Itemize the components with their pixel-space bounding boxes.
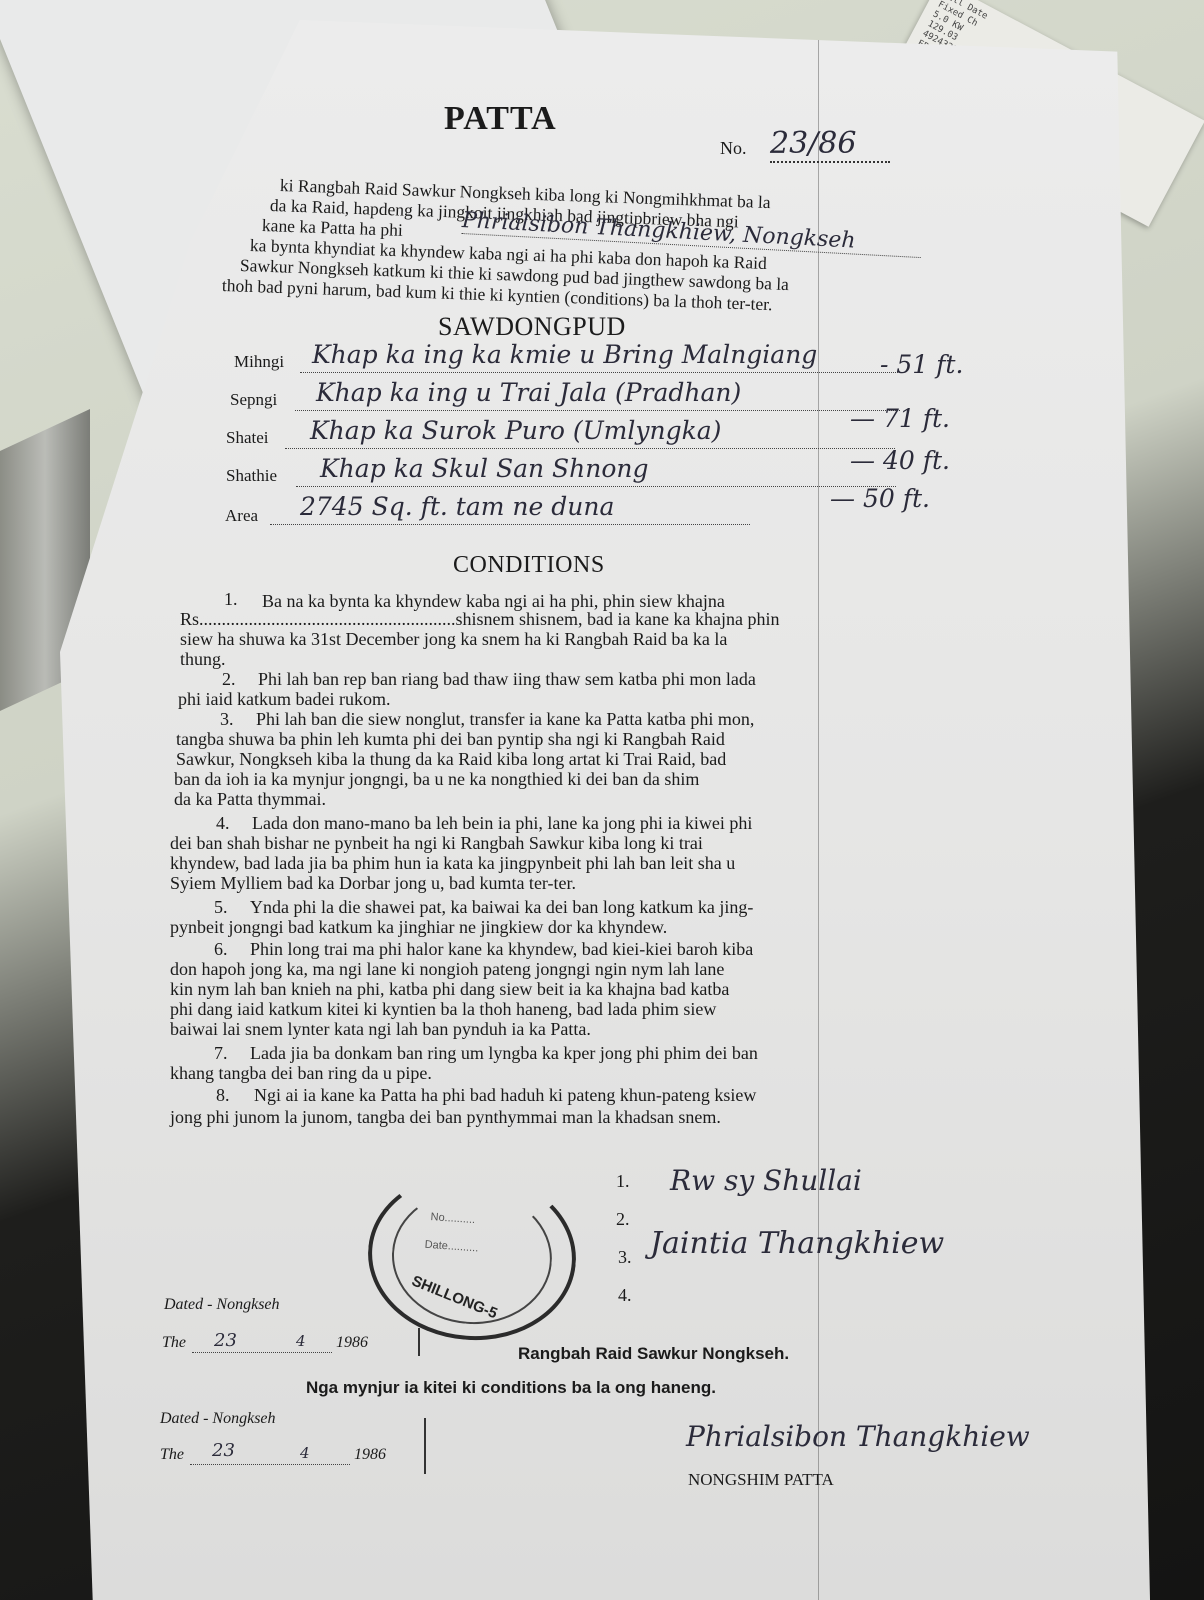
patta-number-label: No. <box>720 138 747 159</box>
condition-line: jong phi junom la junom, tangba dei ban … <box>170 1108 721 1126</box>
boundary-label: Shatei <box>226 428 269 448</box>
date-year: 1986 <box>336 1334 368 1352</box>
witness-signature-1: Rw sy Shullai <box>670 1164 862 1197</box>
condition-line: Rs......................................… <box>180 610 779 628</box>
date-year: 1986 <box>354 1446 386 1464</box>
acceptance-statement: Nga mynjur ia kitei ki conditions ba la … <box>306 1378 716 1398</box>
dotted-rule <box>296 486 896 487</box>
condition-line: khyndew, bad lada jia ba phim hun ia kat… <box>170 854 735 872</box>
condition-line: Ngi ai ia kane ka Patta ha phi bad haduh… <box>254 1086 756 1104</box>
boundaries-heading: SAWDONGPUD <box>438 312 626 342</box>
boundary-value: Khap ka ing ka kmie u Bring Malngiang <box>312 340 817 369</box>
issuer-signatory: Rangbah Raid Sawkur Nongkseh. <box>518 1344 789 1364</box>
area-value: 2745 Sq. ft. tam ne duna <box>300 492 614 521</box>
condition-number: 1. <box>224 590 238 608</box>
condition-number: 2. <box>222 670 236 688</box>
divider-bar <box>418 1328 420 1356</box>
condition-number: 8. <box>216 1086 230 1104</box>
date-the-label: The <box>162 1334 186 1352</box>
condition-line: Ba na ka bynta ka khyndew kaba ngi ai ha… <box>262 592 725 610</box>
condition-number: 6. <box>214 940 228 958</box>
condition-line: Phin long trai ma phi halor kane ka khyn… <box>250 940 753 958</box>
condition-number: 7. <box>214 1044 228 1062</box>
document-title: PATTA <box>444 100 557 138</box>
witness-number: 3. <box>618 1248 632 1266</box>
holder-caption: NONGSHIM PATTA <box>688 1470 834 1490</box>
boundary-label: Mihngi <box>234 352 284 372</box>
condition-line: siew ha shuwa ka 31st December jong ka s… <box>180 630 727 648</box>
condition-line: Sawkur, Nongkseh kiba la thung da ka Rai… <box>176 750 726 768</box>
dotted-rule <box>190 1464 350 1465</box>
dotted-rule <box>300 372 900 373</box>
witness-number: 1. <box>616 1172 630 1190</box>
date-day: 23 <box>214 1330 237 1351</box>
condition-line: tangba shuwa ba phin leh kumta phi dei b… <box>176 730 725 748</box>
condition-number: 3. <box>220 710 234 728</box>
condition-line: da ka Patta thymmai. <box>174 790 326 808</box>
witness-signature-2: Jaintia Thangkhiew <box>650 1226 944 1261</box>
condition-line: pynbeit jongngi bad katkum ka jinghiar n… <box>170 918 667 936</box>
condition-line: kin nym lah ban knieh na phi, katba phi … <box>170 980 729 998</box>
patta-number-value: 23/86 <box>770 126 890 163</box>
condition-line: phi dang iaid katkum kitei ki kyntien ba… <box>170 1000 716 1018</box>
holder-signature: Phrialsibon Thangkhiew <box>686 1420 1030 1453</box>
dotted-rule <box>270 524 750 525</box>
conditions-heading: CONDITIONS <box>453 552 605 579</box>
condition-line: khang tangba dei ban ring da u pipe. <box>170 1064 432 1082</box>
date-month: 4 <box>296 1332 306 1350</box>
dotted-rule <box>285 448 895 449</box>
witness-number: 4. <box>618 1286 632 1304</box>
condition-number: 5. <box>214 898 228 916</box>
issuer-dated-place: Dated - Nongkseh <box>164 1296 280 1314</box>
condition-line: thung. <box>180 650 226 668</box>
condition-line: Phi lah ban rep ban riang bad thaw iing … <box>258 670 756 688</box>
boundary-measure: - 51 ft. <box>880 350 963 379</box>
condition-line: phi iaid katkum badei rukom. <box>178 690 390 708</box>
condition-line: Lada don mano-mano ba leh bein ia phi, l… <box>252 814 752 832</box>
condition-line: Syiem Mylliem bad ka Dorbar jong u, bad … <box>170 874 576 892</box>
condition-number: 4. <box>216 814 230 832</box>
condition-line: Phi lah ban die siew nonglut, transfer i… <box>256 710 754 728</box>
date-month: 4 <box>300 1444 310 1462</box>
boundary-value: Khap ka Surok Puro (Umlyngka) <box>310 416 721 445</box>
boundary-measure: — 40 ft. <box>850 446 950 475</box>
date-the-label: The <box>160 1446 184 1464</box>
condition-line: Lada jia ba donkam ban ring um lyngba ka… <box>250 1044 758 1062</box>
dotted-rule <box>295 410 900 411</box>
holder-dated-place: Dated - Nongkseh <box>160 1410 276 1428</box>
date-day: 23 <box>212 1440 235 1461</box>
fold-crease <box>818 40 819 1600</box>
condition-line: baiwai lai snem lynter kata ngi lah ban … <box>170 1020 591 1038</box>
area-label: Area <box>225 506 258 526</box>
condition-line: Ynda phi la die shawei pat, ka baiwai ka… <box>250 898 753 916</box>
boundary-measure: — 50 ft. <box>830 484 930 513</box>
dotted-rule <box>192 1352 332 1353</box>
condition-line: ban da ioh ia ka mynjur jongngi, ba u ne… <box>174 770 699 788</box>
witness-number: 2. <box>616 1210 630 1228</box>
divider-bar <box>424 1418 426 1474</box>
condition-line: dei ban shah bishar ne pynbeit ha ngi ki… <box>170 834 703 852</box>
boundary-label: Shathie <box>226 466 277 486</box>
boundary-value: Khap ka Skul San Shnong <box>320 454 649 483</box>
boundary-value: Khap ka ing u Trai Jala (Pradhan) <box>316 378 741 407</box>
boundary-label: Sepngi <box>230 390 277 410</box>
boundary-measure: — 71 ft. <box>850 404 950 433</box>
condition-line: don hapoh jong ka, ma ngi lane ki nongio… <box>170 960 724 978</box>
